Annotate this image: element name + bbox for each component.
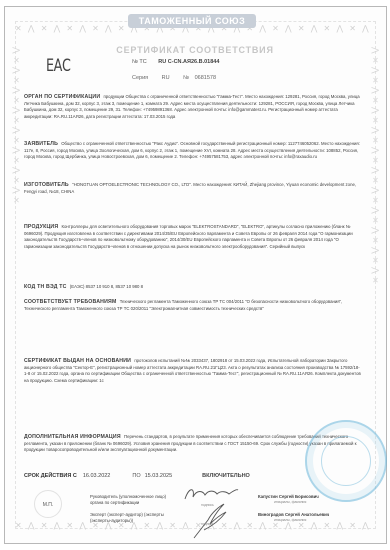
section-manufacturer: ИЗГОТОВИТЕЛЬ "HONGTUAN OPTOELECTRONIC TE… bbox=[24, 182, 362, 195]
blank-number-label: № bbox=[183, 75, 189, 81]
section-heading: ПРОДУКЦИЯ bbox=[24, 224, 58, 230]
inclusive-label: ВКЛЮЧИТЕЛЬНО bbox=[202, 473, 250, 479]
certificate-title: СЕРТИФИКАТ СООТВЕТСТВИЯ bbox=[110, 45, 280, 55]
section-heading: ОРГАН ПО СЕРТИФИКАЦИИ bbox=[24, 94, 100, 100]
expert-name-caption: инициалы, фамилия bbox=[274, 518, 358, 524]
eac-logo-icon: ЕАС bbox=[46, 56, 71, 76]
section-heading: КОД ТН ВЭД ТС bbox=[24, 284, 67, 290]
series-line: Серия RU № 0681578 bbox=[132, 75, 228, 81]
left-ornament: ⋀ ✕ ⋀ ✕ ⋀ ✕ ⋀ ✕ ⋀ ✕ ⋀ ✕ ⋀ ✕ ⋀ ✕ bbox=[11, 47, 21, 503]
section-certification-body: ОРГАН ПО СЕРТИФИКАЦИИ продукции Общества… bbox=[24, 94, 362, 120]
section-text: (ЕАЭС) 8537 10 910 8, 8537 10 980 8 bbox=[70, 284, 143, 289]
official-stamp-icon bbox=[305, 420, 387, 502]
expert-signature-icon bbox=[190, 500, 230, 540]
section-text: "HONGTUAN OPTOELECTRONIC TECHNOLOGY CO.,… bbox=[24, 182, 356, 194]
head-role-label: Руководитель (уполномоченное лицо) орган… bbox=[90, 494, 178, 506]
section-text: Общество с ограниченной ответственностью… bbox=[24, 141, 360, 159]
expert-name: Виноградов Сергей Анатольевич инициалы, … bbox=[258, 512, 358, 524]
series-label: Серия bbox=[132, 75, 148, 81]
certificate-number: № ТС RU C-CN.АЯ26.В.01844 bbox=[132, 59, 219, 65]
certificate-number-value: RU C-CN.АЯ26.В.01844 bbox=[158, 59, 219, 65]
section-heading: ЗАЯВИТЕЛЬ bbox=[24, 141, 58, 147]
section-product: ПРОДУКЦИЯ Контроллеры для осветительного… bbox=[24, 224, 362, 250]
section-heading: ДОПОЛНИТЕЛЬНАЯ ИНФОРМАЦИЯ bbox=[24, 434, 121, 440]
section-applicant: ЗАЯВИТЕЛЬ Общество с ограниченной ответс… bbox=[24, 141, 362, 161]
head-name-caption: инициалы, фамилия bbox=[274, 500, 358, 506]
head-name-value: Капустин Сергей Борисович bbox=[258, 494, 319, 499]
section-heading: СЕРТИФИКАТ ВЫДАН НА ОСНОВАНИИ bbox=[24, 358, 131, 364]
section-heading: СООТВЕТСТВУЕТ ТРЕБОВАНИЯМ bbox=[24, 299, 116, 305]
validity-label: СРОК ДЕЙСТВИЯ С bbox=[24, 473, 77, 479]
valid-to-date: 15.03.2025 bbox=[145, 473, 173, 479]
valid-from-date: 16.03.2022 bbox=[83, 473, 111, 479]
section-hs-code: КОД ТН ВЭД ТС (ЕАЭС) 8537 10 910 8, 8537… bbox=[24, 284, 362, 291]
expert-name-value: Виноградов Сергей Анатольевич bbox=[258, 512, 329, 517]
section-conformity: СООТВЕТСТВУЕТ ТРЕБОВАНИЯМ Технического р… bbox=[24, 299, 362, 312]
certificate-number-label: № ТС bbox=[132, 59, 147, 65]
expert-signature-caption: подпись bbox=[201, 522, 214, 526]
expert-role-label: Эксперт (эксперт-аудитор) (эксперты (экс… bbox=[90, 512, 178, 524]
section-basis: СЕРТИФИКАТ ВЫДАН НА ОСНОВАНИИ протоколов… bbox=[24, 358, 362, 384]
head-name: Капустин Сергей Борисович инициалы, фами… bbox=[258, 494, 358, 506]
blank-number-value: 0681578 bbox=[195, 75, 216, 81]
section-text: Контроллеры для осветительного оборудова… bbox=[24, 224, 353, 249]
validity-period: СРОК ДЕЙСТВИЯ С 16.03.2022 ПО 15.03.2025… bbox=[24, 473, 250, 479]
seal-placeholder: М.П. bbox=[34, 490, 62, 518]
customs-union-banner: ТАМОЖЕННЫЙ СОЮЗ bbox=[128, 14, 256, 28]
series-value: RU bbox=[162, 75, 170, 81]
valid-to-label: ПО bbox=[132, 473, 140, 479]
section-heading: ИЗГОТОВИТЕЛЬ bbox=[24, 182, 69, 188]
